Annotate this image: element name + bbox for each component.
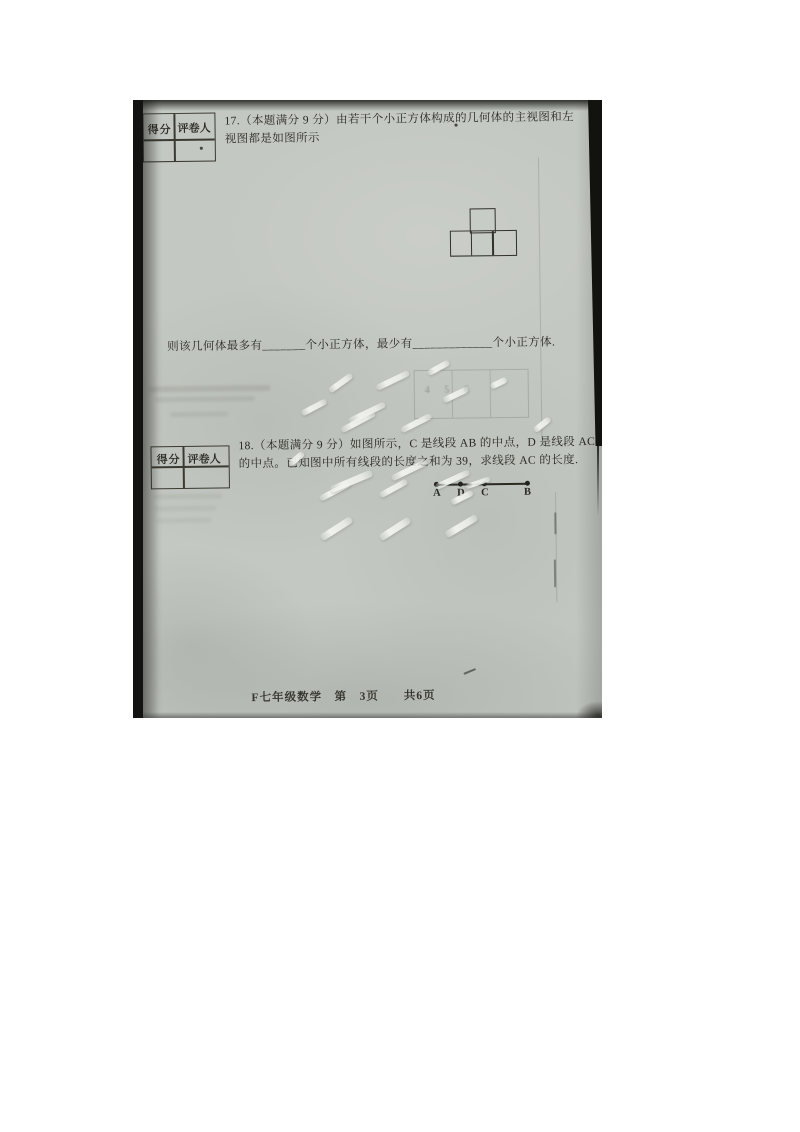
glare-streak (319, 516, 353, 541)
glare-streak (444, 514, 479, 538)
glare-streak (378, 478, 408, 498)
point-label-a: A (433, 488, 441, 499)
question-17-fill-line: 则该几何体最多有_______个小正方体，最少有_____________个小正… (167, 333, 555, 354)
bleed-divider (490, 370, 492, 417)
glare-streak (300, 398, 328, 416)
stray-mark (463, 668, 476, 675)
glare-streak (378, 516, 411, 541)
glare-streak (375, 370, 410, 391)
paper-crease (538, 158, 542, 438)
point-b-dot (525, 481, 530, 486)
glare-streak (329, 470, 373, 494)
bleed-through-text (154, 493, 222, 499)
exam-page-photo: 得分 评卷人 17.（本题满分 9 分）由若干个小正方体构成的几何体的主视图和左… (133, 100, 602, 718)
bleed-through-text (155, 396, 255, 402)
page-content: 得分 评卷人 17.（本题满分 9 分）由若干个小正方体构成的几何体的主视图和左… (133, 100, 602, 718)
bleed-through-text (170, 411, 228, 417)
photo-left-black-edge (133, 100, 143, 718)
crease-mark (554, 512, 556, 534)
page-footer: F七年级数学 第 3页 共6页 (251, 687, 435, 705)
point-label-c: C (481, 487, 489, 498)
grader-label: 评卷人 (188, 451, 221, 467)
question-17-line2: 视图都是如图所示 (225, 129, 320, 146)
table-divider (173, 114, 175, 161)
score-table-q18: 得分 评卷人 (150, 445, 230, 489)
bleed-through-text (154, 506, 216, 512)
photo-right-edge-tail (597, 446, 599, 516)
point-label-b: B (524, 487, 531, 498)
figure-divider (470, 231, 472, 255)
cube-views-figure (450, 208, 517, 257)
glare-streak (328, 372, 354, 393)
grader-label: 评卷人 (177, 120, 210, 136)
photo-left-shadow (143, 100, 159, 718)
figure-square-row (450, 230, 517, 257)
point-d-dot (458, 482, 463, 487)
bleed-through-text (156, 518, 211, 524)
bleed-through-text (149, 385, 271, 392)
bleed-through-grid: 4 5 6 (414, 369, 530, 419)
photo-corner-smudge (576, 701, 602, 718)
question-17-line1: 17.（本题满分 9 分）由若干个小正方体构成的几何体的主视图和左 (224, 108, 574, 128)
score-label: 得分 (157, 451, 181, 467)
crease-mark (554, 559, 556, 587)
pen-dot (200, 147, 203, 150)
figure-divider (492, 231, 494, 255)
stray-dot (455, 124, 458, 127)
